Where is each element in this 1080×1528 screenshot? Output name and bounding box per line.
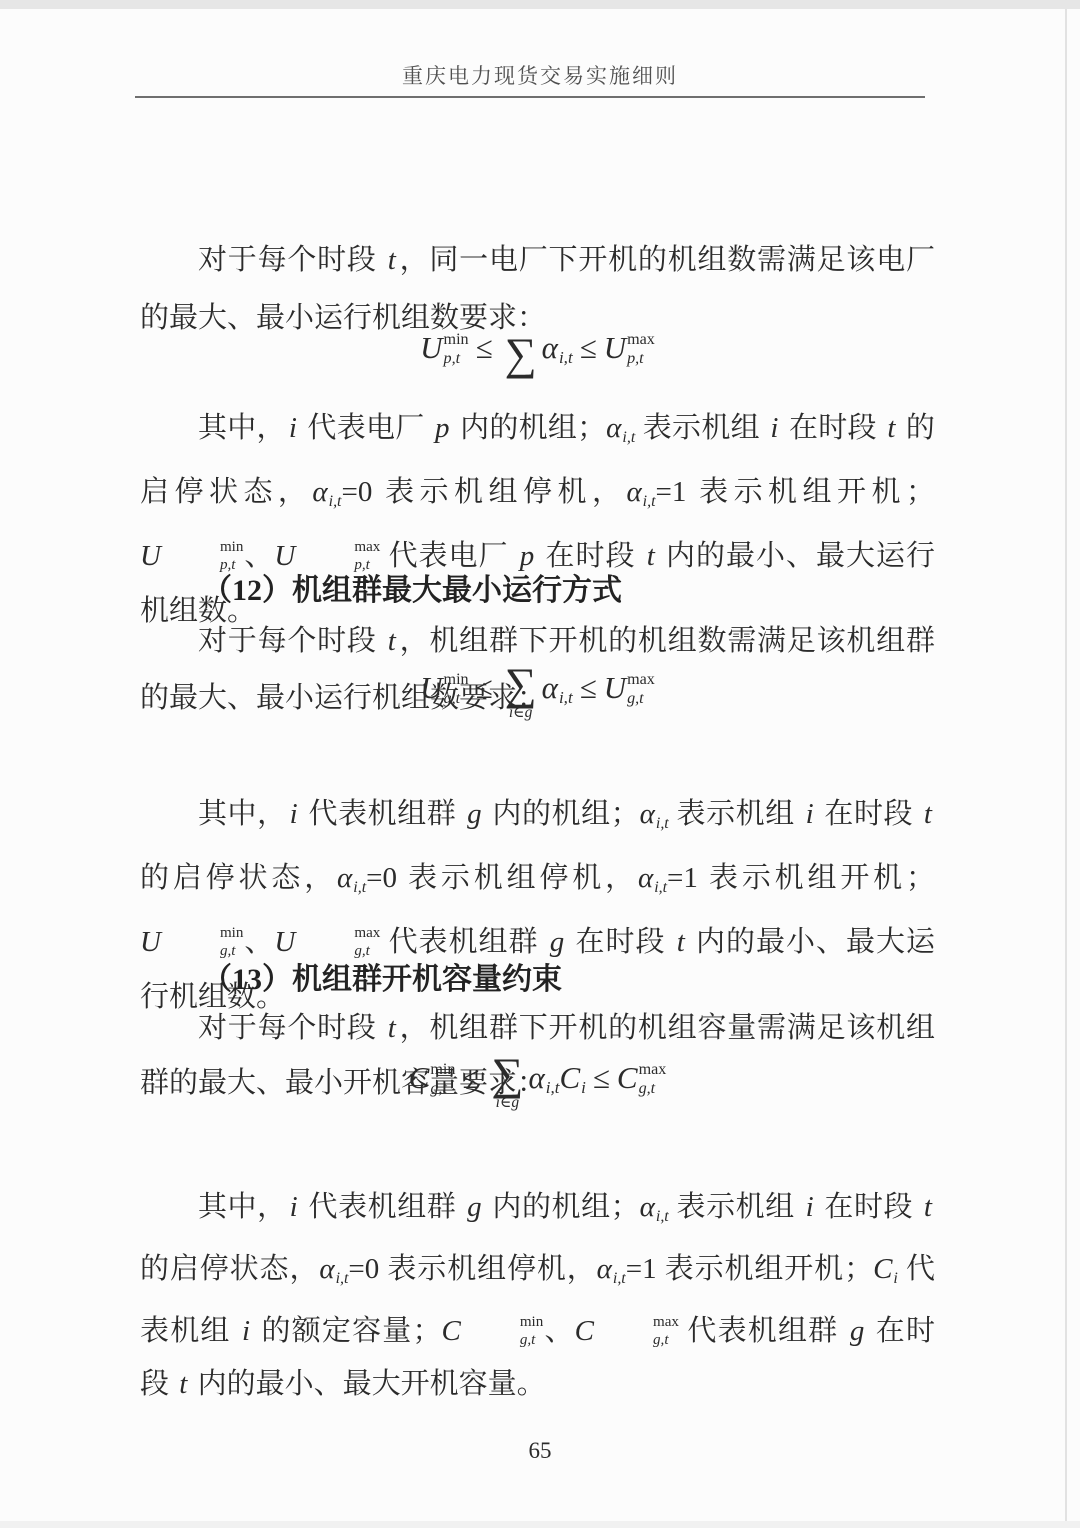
math-var: i xyxy=(767,412,781,444)
math-var-subscript: i xyxy=(893,1270,897,1287)
heading-item-13: （13）机组群开机容量约束 xyxy=(140,952,935,1007)
math-var-superscript: min xyxy=(162,539,243,557)
math-var-base: U xyxy=(604,670,626,705)
math-operator: ≤ xyxy=(469,330,500,365)
math-var-base: C xyxy=(441,1315,460,1347)
document-page: 重庆电力现货交易实施细则 对于每个时段 t，同一电厂下开机的机组数需满足该电厂的… xyxy=(0,0,1080,1528)
math-var-superscript: min xyxy=(462,1314,543,1332)
math-var: Cmaxg,t xyxy=(575,1315,679,1347)
math-var: αi,t xyxy=(312,476,341,508)
math-var-base: C xyxy=(575,1315,594,1347)
math-var: i xyxy=(287,798,301,830)
math-var-superscript: max xyxy=(296,925,380,943)
math-var-scripts: maxg,t xyxy=(627,670,655,708)
math-var-base: C xyxy=(559,1060,580,1095)
math-var: Uminp,t xyxy=(420,330,468,365)
formula-plant-unit-count: Uminp,t≤∑αi,t≤Umaxp,t xyxy=(140,318,935,388)
math-var: αi,t xyxy=(626,476,655,508)
math-var-superscript: max xyxy=(627,330,655,349)
math-var: Ci xyxy=(873,1253,898,1285)
formula-group-capacity: Cming,t≤∑i∈gαi,tCi≤Cmaxg,t xyxy=(140,1052,935,1113)
math-var-base: α xyxy=(640,798,655,830)
math-var-base: α xyxy=(606,412,621,444)
math-var-subscript: p,t xyxy=(627,349,644,368)
math-var: Umaxp,t xyxy=(604,330,655,365)
math-var: i xyxy=(803,798,817,830)
math-var-scripts: maxg,t xyxy=(595,1314,679,1350)
math-var-superscript: min xyxy=(444,330,469,349)
math-var-subscript: g,t xyxy=(430,1079,447,1098)
math-var-subscript: g,t xyxy=(444,689,461,708)
math-var: αi,t xyxy=(528,1060,559,1095)
math-var: αi,t xyxy=(542,670,573,705)
math-var-subscript: g,t xyxy=(639,1079,656,1098)
sigma-glyph: ∑ xyxy=(491,1055,523,1093)
math-var: Cming,t xyxy=(441,1315,543,1347)
math-var: αi,t xyxy=(606,412,635,444)
scan-top-edge xyxy=(0,0,1080,9)
math-var-base: U xyxy=(420,330,442,365)
math-var-subscript: i,t xyxy=(656,815,669,832)
math-var: αi,t xyxy=(638,862,667,894)
math-var-subscript: i,t xyxy=(336,1270,349,1287)
math-var-superscript: max xyxy=(627,670,655,689)
math-var-scripts: ming,t xyxy=(430,1060,455,1098)
math-var-superscript: min xyxy=(430,1060,455,1079)
math-var: Uming,t xyxy=(420,670,468,705)
math-var-subscript: i,t xyxy=(353,879,366,896)
math-var-base: α xyxy=(638,862,653,894)
math-var: t xyxy=(921,798,935,830)
math-var-base: α xyxy=(528,1060,544,1095)
math-var: t xyxy=(385,1012,399,1044)
math-var: g xyxy=(464,1191,485,1223)
math-var-base: α xyxy=(312,476,327,508)
heading-item-12: （12）机组群最大最小运行方式 xyxy=(140,563,935,618)
math-var-subscript: i,t xyxy=(643,493,656,510)
math-var: αi,t xyxy=(597,1253,626,1285)
math-operator: ≤ xyxy=(455,1060,486,1095)
math-var-base: C xyxy=(409,1060,430,1095)
math-var-subscript: g,t xyxy=(595,1332,669,1350)
summation-symbol: ∑i∈g xyxy=(491,1055,523,1113)
math-var-subscript: p,t xyxy=(444,349,461,368)
math-var-superscript: min xyxy=(444,670,469,689)
math-var-base: α xyxy=(626,476,641,508)
math-var-base: α xyxy=(542,670,558,705)
math-var: t xyxy=(385,244,399,276)
math-var-subscript: i,t xyxy=(654,879,667,896)
math-var-subscript: g,t xyxy=(462,1332,536,1350)
summation-symbol: ∑ xyxy=(505,335,537,373)
math-var-superscript: max xyxy=(639,1060,667,1079)
sum-lower-limit: i∈g xyxy=(509,703,533,722)
math-var-subscript: i,t xyxy=(546,1078,560,1097)
math-var-base: C xyxy=(617,1060,638,1095)
math-var-base: α xyxy=(640,1191,655,1223)
math-var: Cming,t xyxy=(409,1060,456,1095)
math-var: αi,t xyxy=(319,1253,348,1285)
math-var: αi,t xyxy=(542,330,573,365)
math-var-subscript: i,t xyxy=(656,1208,669,1225)
math-var-base: C xyxy=(873,1253,892,1285)
math-var: i xyxy=(287,1191,301,1223)
math-var-subscript: g,t xyxy=(627,689,644,708)
math-var: t xyxy=(385,625,399,657)
math-var-scripts: ming,t xyxy=(462,1314,543,1350)
math-var-base: α xyxy=(319,1253,334,1285)
math-var: i xyxy=(803,1191,817,1223)
formula-group-unit-count: Uming,t≤∑i∈gαi,t≤Umaxg,t xyxy=(140,662,935,723)
math-var: Umaxg,t xyxy=(604,670,655,705)
math-var-subscript: i,t xyxy=(559,688,573,707)
sigma-glyph: ∑ xyxy=(505,665,537,703)
math-operator: ≤ xyxy=(586,1060,617,1095)
math-var-base: U xyxy=(420,670,442,705)
math-var-base: α xyxy=(597,1253,612,1285)
summation-symbol: ∑i∈g xyxy=(505,665,537,723)
math-var-scripts: maxp,t xyxy=(627,330,655,368)
scan-right-edge xyxy=(1065,9,1067,1521)
math-var-scripts: maxg,t xyxy=(639,1060,667,1098)
paragraph-group-capacity-explanation: 其中，i 代表机组群 g 内的机组；αi,t 表示机组 i 在时段 t 的启停状… xyxy=(140,1181,935,1411)
math-var-base: α xyxy=(542,330,558,365)
header-rule xyxy=(135,96,925,98)
math-var: Ci xyxy=(559,1060,585,1095)
page-header-title: 重庆电力现货交易实施细则 xyxy=(0,60,1080,90)
math-var: t xyxy=(884,412,898,444)
math-var: i xyxy=(286,412,300,444)
math-var: αi,t xyxy=(337,862,366,894)
math-var: g xyxy=(464,798,485,830)
math-operator: ≤ xyxy=(469,670,500,705)
math-var-base: U xyxy=(604,330,626,365)
math-var: p xyxy=(432,412,453,444)
math-var-superscript: min xyxy=(162,925,243,943)
math-var-superscript: max xyxy=(595,1314,679,1332)
math-operator: ≤ xyxy=(573,670,604,705)
page-number: 65 xyxy=(0,1438,1080,1464)
math-var: t xyxy=(921,1191,935,1223)
math-var-subscript: i,t xyxy=(559,348,573,367)
math-var: αi,t xyxy=(640,1191,669,1223)
math-var-subscript: i,t xyxy=(622,429,635,446)
math-var: αi,t xyxy=(640,798,669,830)
math-var-subscript: i,t xyxy=(613,1270,626,1287)
math-var-scripts: minp,t xyxy=(444,330,469,368)
math-var: g xyxy=(847,1315,868,1347)
math-var-base: α xyxy=(337,862,352,894)
math-var-subscript: i,t xyxy=(329,493,342,510)
scan-bottom-edge xyxy=(0,1521,1080,1528)
math-var-superscript: max xyxy=(296,539,380,557)
math-var-scripts: ming,t xyxy=(444,670,469,708)
sum-lower-limit: i∈g xyxy=(496,1093,520,1112)
math-var: i xyxy=(239,1315,253,1347)
math-var: Cmaxg,t xyxy=(617,1060,666,1095)
math-var: t xyxy=(176,1368,190,1400)
sigma-glyph: ∑ xyxy=(505,335,537,373)
math-operator: ≤ xyxy=(573,330,604,365)
